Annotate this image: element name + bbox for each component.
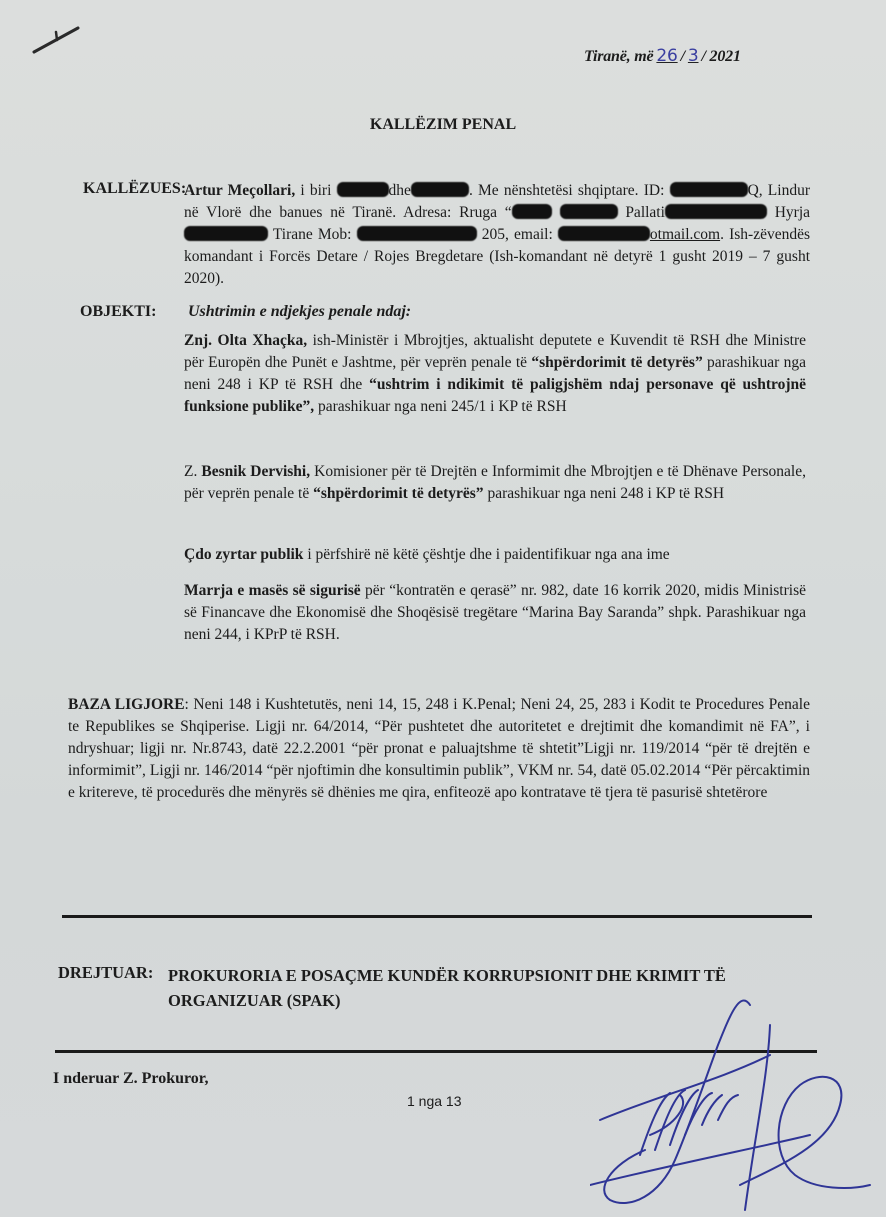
redaction	[558, 226, 650, 241]
redaction	[560, 204, 618, 219]
objekti-lead: Ushtrimin e ndjekjes penale ndaj:	[188, 303, 411, 321]
objekti-item: Marrja e masës së sigurisë për “kontratë…	[184, 580, 806, 646]
salutation: I nderuar Z. Prokuror,	[53, 1070, 208, 1088]
email-suffix: otmail.com	[650, 226, 720, 243]
redaction	[357, 226, 477, 241]
date-year: / 2021	[702, 48, 741, 65]
redaction	[411, 182, 469, 197]
handwritten-tick-icon	[30, 20, 80, 60]
page-number: 1 nga 13	[407, 1093, 462, 1109]
objekti-item: Çdo zyrtar publik i përfshirë në këtë çë…	[184, 544, 806, 566]
document-page: Tiranë, më26/3/ 2021 KALLËZIM PENAL KALL…	[0, 0, 886, 1217]
date-prefix: Tiranë, më	[584, 48, 653, 65]
complainant-name: Artur Meçollari,	[184, 182, 295, 199]
drejtuar-label: DREJTUAR:	[58, 963, 153, 983]
baza-ligjore: BAZA LIGJORE: Neni 148 i Kushtetutës, ne…	[68, 694, 810, 804]
objekti-item: Znj. Olta Xhaçka, ish-Ministër i Mbrojtj…	[184, 330, 806, 418]
redaction	[512, 204, 552, 219]
date-month: 3	[685, 46, 702, 66]
date-day: 26	[653, 46, 680, 66]
document-title: KALLËZIM PENAL	[0, 116, 886, 134]
signature-icon	[590, 985, 880, 1215]
divider	[62, 915, 812, 918]
redaction	[665, 204, 767, 219]
redaction	[337, 182, 389, 197]
document-date: Tiranë, më26/3/ 2021	[584, 46, 741, 66]
objekti-item: Z. Besnik Dervishi, Komisioner për të Dr…	[184, 461, 806, 505]
redaction	[670, 182, 748, 197]
kallezues-details: Artur Meçollari, i biri dhe. Me nënshtet…	[184, 180, 810, 290]
baza-label: BAZA LIGJORE	[68, 696, 185, 713]
redaction	[184, 226, 268, 241]
objekti-label: OBJEKTI:	[80, 303, 156, 321]
